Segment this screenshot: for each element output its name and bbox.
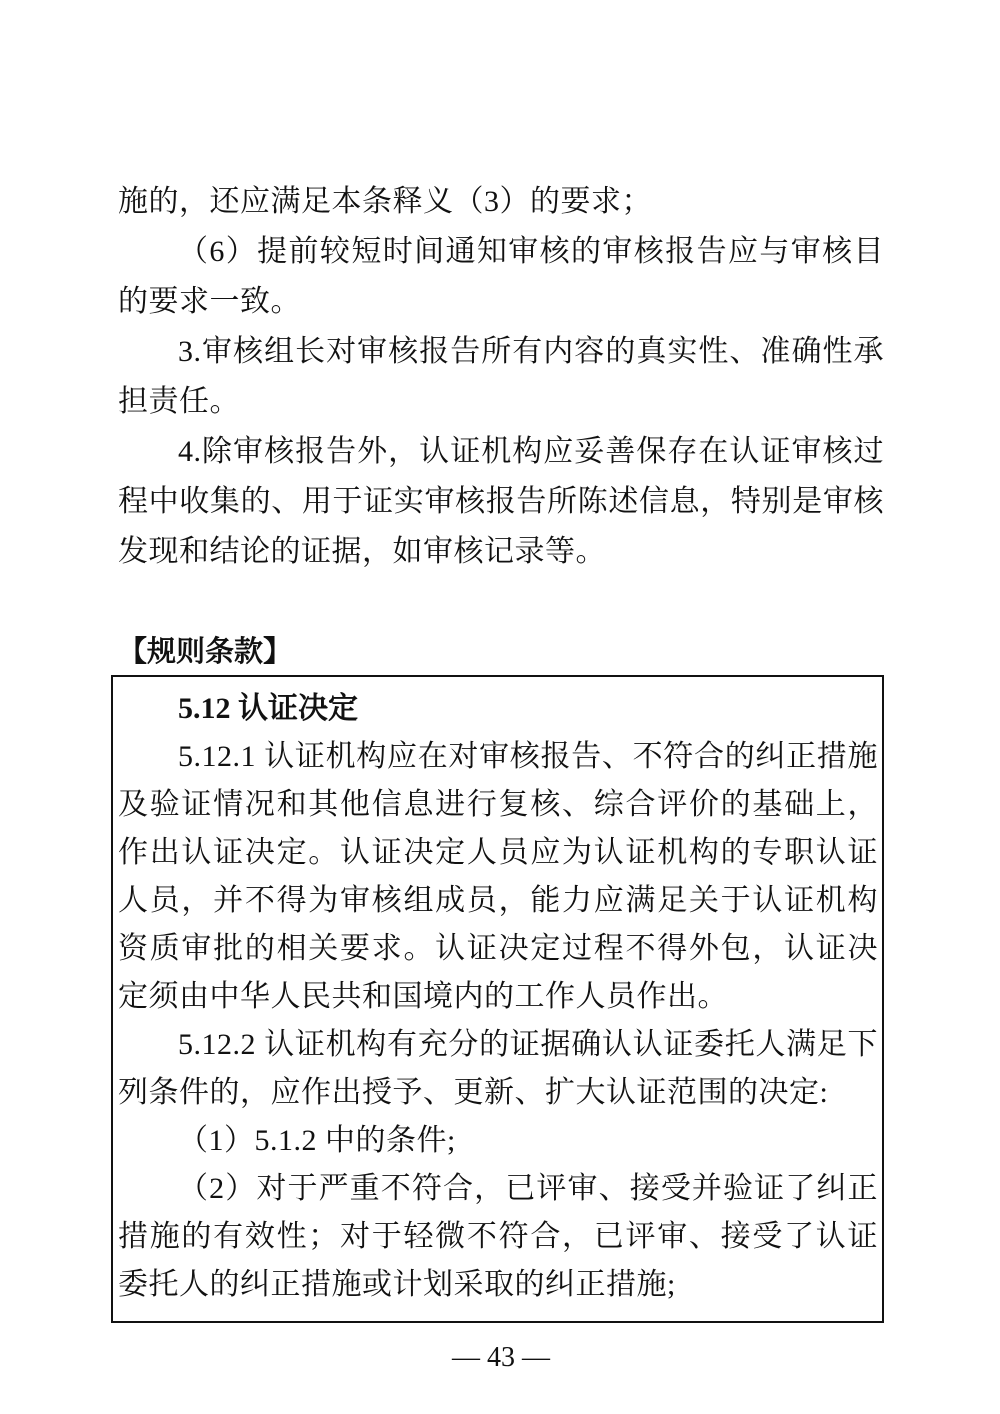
body-paragraph: 施的，还应满足本条释义（3）的要求； bbox=[118, 177, 884, 227]
rule-box: 5.12 认证决定 5.12.1 认证机构应在对审核报告、不符合的纠正措施及验证… bbox=[111, 675, 884, 1323]
rule-box-paragraphs: 5.12.1 认证机构应在对审核报告、不符合的纠正措施及验证情况和其他信息进行复… bbox=[118, 733, 878, 1309]
body-paragraph: （6）提前较短时间通知审核的审核报告应与审核目的要求一致。 bbox=[118, 227, 884, 327]
rule-box-paragraph: （2）对于严重不符合，已评审、接受并验证了纠正措施的有效性；对于轻微不符合，已评… bbox=[118, 1165, 878, 1309]
body-paragraph: 3.审核组长对审核报告所有内容的真实性、准确性承担责任。 bbox=[118, 327, 884, 427]
document-page: 施的，还应满足本条释义（3）的要求；（6）提前较短时间通知审核的审核报告应与审核… bbox=[0, 0, 1000, 1414]
page-number: — 43 — bbox=[118, 1343, 884, 1373]
intro-text: 施的，还应满足本条释义（3）的要求；（6）提前较短时间通知审核的审核报告应与审核… bbox=[118, 177, 884, 577]
rule-box-paragraph: （1）5.1.2 中的条件; bbox=[118, 1117, 878, 1165]
section-heading: 【规则条款】 bbox=[118, 635, 884, 669]
page-content: 施的，还应满足本条释义（3）的要求；（6）提前较短时间通知审核的审核报告应与审核… bbox=[0, 0, 1000, 1373]
rule-box-paragraph: 5.12.1 认证机构应在对审核报告、不符合的纠正措施及验证情况和其他信息进行复… bbox=[118, 733, 878, 1021]
body-paragraph: 4.除审核报告外，认证机构应妥善保存在认证审核过程中收集的、用于证实审核报告所陈… bbox=[118, 427, 884, 577]
rule-box-title: 5.12 认证决定 bbox=[118, 685, 878, 733]
rule-box-paragraph: 5.12.2 认证机构有充分的证据确认认证委托人满足下列条件的，应作出授予、更新… bbox=[118, 1021, 878, 1117]
